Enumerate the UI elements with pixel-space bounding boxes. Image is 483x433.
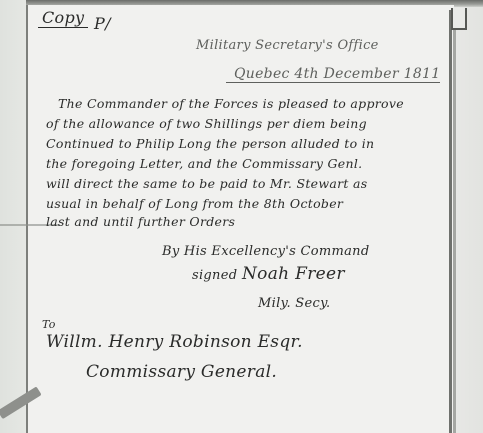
body-line: The Commander of the Forces is pleased t… — [58, 96, 404, 111]
body-line: of the allowance of two Shillings per di… — [46, 116, 367, 131]
closing-line: By His Excellency's Command — [162, 244, 369, 259]
body-line: last and until further Orders — [46, 214, 235, 229]
signer-title: Mily. Secy. — [258, 296, 330, 311]
initial-mark: P/ — [94, 14, 111, 33]
to-label: To — [42, 318, 56, 331]
binding-fold-line — [449, 10, 452, 433]
body-line: usual in behalf of Long from the 8th Oct… — [46, 196, 343, 211]
body-line: will direct the same to be paid to Mr. S… — [46, 176, 367, 191]
office-heading: Military Secretary's Office — [196, 38, 379, 53]
binding-clip — [451, 8, 467, 30]
body-line: the foregoing Letter, and the Commissary… — [46, 156, 362, 171]
copy-annotation: Copy — [38, 8, 88, 28]
addressee-name: Willm. Henry Robinson Esqr. — [46, 332, 303, 352]
signer-name: Noah Freer — [242, 264, 345, 284]
place-date: Quebec 4th December 1811 — [226, 66, 440, 83]
addressee-position: Commissary General. — [86, 362, 277, 382]
body-line: Continued to Philip Long the person allu… — [46, 136, 374, 151]
signed-prefix: signed — [192, 268, 237, 283]
